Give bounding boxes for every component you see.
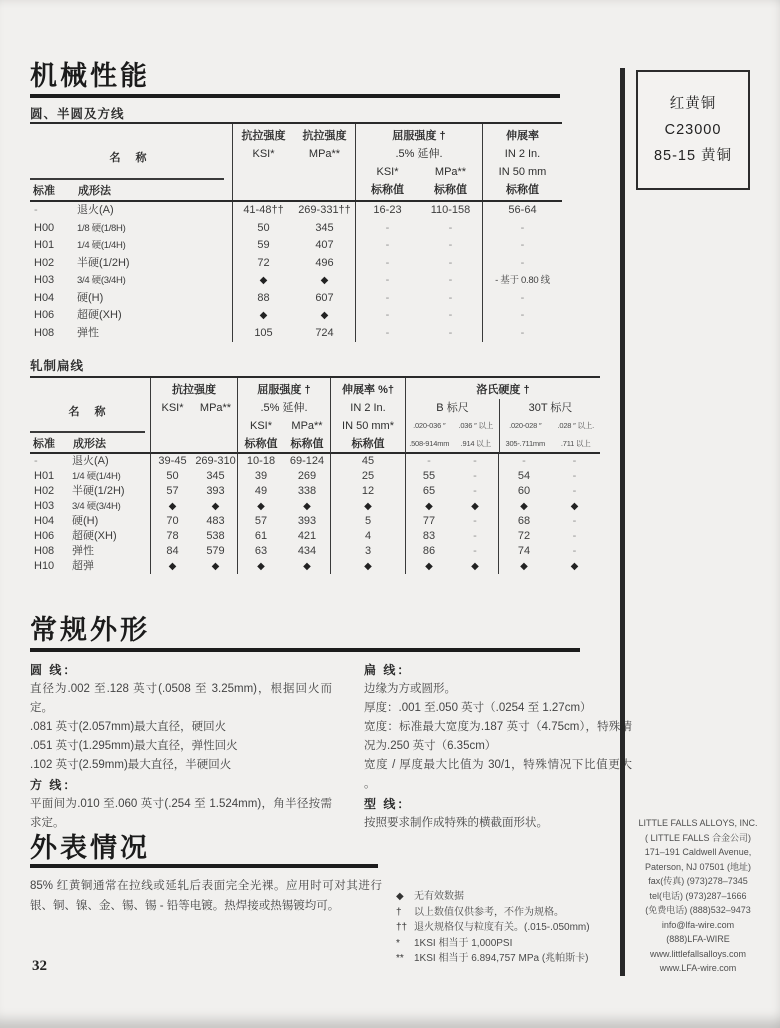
- t30-scale-range-mm: 305-.711mm: [500, 435, 551, 453]
- table-header: 名 称 标准 成形法 抗拉强度 KSI* MPa** 屈服强度 †: [30, 378, 600, 452]
- table-row: H06超硬(XH)7853861421483-72-: [30, 529, 600, 544]
- table-cell: 超硬(XH): [75, 307, 232, 325]
- table-cell: H06: [30, 529, 70, 544]
- table-cell: 12: [330, 484, 405, 499]
- tensile-header: 抗拉强度 KSI* MPa**: [150, 378, 237, 453]
- col-name-label: 名 称: [30, 381, 150, 419]
- table-cell: -: [419, 237, 482, 255]
- table-cell: ◆: [452, 559, 498, 574]
- table-cell: 269-310: [194, 454, 237, 469]
- table-cell: 55: [405, 469, 452, 484]
- table-cell: 弹性: [75, 325, 232, 343]
- table-cell: 421: [284, 529, 330, 544]
- text-line: 红黄铜: [670, 91, 717, 117]
- nominal-label: 标称值: [419, 181, 482, 199]
- table-cell: ◆: [237, 559, 284, 574]
- table-cell: 269: [284, 469, 330, 484]
- yield-label: 屈服强度 †: [238, 381, 330, 399]
- table-cell: -: [355, 237, 419, 255]
- table-cell: -: [419, 307, 482, 325]
- paragraph: 宽度：标准最大宽度为.187 英寸（4.75cm），特殊情况为.250 英寸（6…: [364, 718, 632, 756]
- table-cell: -: [549, 514, 600, 529]
- table-cell: 70: [150, 514, 194, 529]
- text-line: info@lfa-wire.com: [622, 918, 774, 933]
- table-cell: 50: [232, 220, 294, 238]
- table-cell: -: [355, 325, 419, 343]
- mpa-label: MPa**: [419, 163, 482, 181]
- rockwell-b-scale-header: B 标尺 .020-036 ″ .036 ″ 以上 .508-914mm .91…: [406, 399, 499, 453]
- table-cell: -: [452, 544, 498, 559]
- footnote-symbol: **: [396, 951, 414, 967]
- table-cell: -: [355, 272, 419, 290]
- table-cell: 77: [405, 514, 452, 529]
- table-cell: 45: [330, 454, 405, 469]
- footnote-text: 以上数值仅供参考，不作为规格。: [414, 905, 564, 921]
- table-cell: -: [419, 255, 482, 273]
- table-cell: H00: [30, 220, 75, 238]
- ksi-label: KSI*: [356, 163, 419, 181]
- table-cell: 538: [194, 529, 237, 544]
- table-cell: ◆: [549, 559, 600, 574]
- table-cell: -: [355, 307, 419, 325]
- text-line: ( LITTLE FALLS 合金公司): [622, 831, 774, 846]
- footnotes: ◆无有效数据†以上数值仅供参考，不作为规格。††退火规格仅与粒度有关。(.015…: [396, 889, 631, 967]
- elongation-label: 伸展率 %†: [331, 381, 405, 399]
- table-row: H04硬(H)7048357393577-68-: [30, 514, 600, 529]
- tensile-label: 抗拉强度: [151, 381, 237, 399]
- footnote-text: 无有效数据: [414, 889, 464, 905]
- name-column-header: 名 称 标准 成形法: [30, 124, 232, 200]
- table-cell: -: [452, 454, 498, 469]
- table-cell: ◆: [194, 559, 237, 574]
- footnote-text: 1KSI 相当于 6.894,757 MPa (兆帕斯卡): [414, 951, 589, 967]
- tensile-label: 抗拉强度: [294, 127, 355, 145]
- paragraph: .081 英寸(2.057mm)最大直径，硬回火: [30, 718, 332, 737]
- table-cell: 84: [150, 544, 194, 559]
- table-cell: -: [30, 202, 75, 220]
- col-name-label: 名 称: [30, 127, 232, 165]
- ksi-label: KSI*: [151, 399, 194, 417]
- table-cell: 724: [294, 325, 355, 343]
- table-row: -退火(A)41-48††269-331††16-23110-15856-64: [30, 202, 562, 220]
- table-cell: 74: [498, 544, 549, 559]
- paragraph-heading: 方 线：: [30, 775, 332, 795]
- ksi-label: KSI*: [238, 417, 284, 435]
- t30-scale-over-mm: .711 以上: [551, 435, 602, 453]
- table-cell: ◆: [150, 559, 194, 574]
- table-cell: 61: [237, 529, 284, 544]
- footnote-symbol: ◆: [396, 889, 414, 905]
- table-cell: -: [482, 325, 562, 343]
- title-rule: [30, 94, 560, 98]
- table-cell: -: [482, 237, 562, 255]
- footnote-symbol: *: [396, 936, 414, 952]
- footnote: ††退火规格仅与粒度有关。(.015-.050mm): [396, 920, 631, 936]
- table-cell: 72: [232, 255, 294, 273]
- surface-condition-body: 85% 红黄铜通常在拉线或延轧后表面完全光裸。应用时可对其进行银、铜、镍、金、锡…: [30, 876, 382, 916]
- rockwell-30t-scale-header: 30T 标尺 .020-028 ″ .028 ″ 以上. 305-.711mm …: [499, 399, 601, 453]
- paragraph-heading: 圆 线：: [30, 660, 332, 680]
- table-cell: 579: [194, 544, 237, 559]
- table-cell: -: [452, 469, 498, 484]
- table-row: H02半硬(1/2H)72496---: [30, 255, 562, 273]
- paragraph: 直径为.002 至.128 英寸(.0508 至 3.25mm)，根据回火而定。: [30, 680, 332, 718]
- table-cell: 496: [294, 255, 355, 273]
- table-cell: 4: [330, 529, 405, 544]
- table-cell: -: [452, 484, 498, 499]
- section-title-surface-condition: 外表情况: [30, 826, 150, 865]
- mpa-label: MPa**: [284, 417, 330, 435]
- table-cell: 3: [330, 544, 405, 559]
- table-cell: 25: [330, 469, 405, 484]
- name-underline: [30, 178, 224, 180]
- name-column-header: 名 称 标准 成形法: [30, 378, 150, 453]
- elongation-in50mm-label: IN 50 mm*: [331, 417, 405, 435]
- table-cell: -: [355, 290, 419, 308]
- table-row: H02半硬(1/2H)57393493381265-60-: [30, 484, 600, 499]
- nominal-label: 标称值: [238, 435, 284, 453]
- table-cell: 269-331††: [294, 202, 355, 220]
- table-cell: ◆: [232, 307, 294, 325]
- yield-strength-header: 屈服强度 † .5% 延伸. KSI* MPa** 标称值 标称值: [355, 124, 482, 200]
- table-cell: 65: [405, 484, 452, 499]
- table-cell: 半硬(1/2H): [75, 255, 232, 273]
- table-cell: 56-64: [482, 202, 562, 220]
- text-line: www.littlefallsalloys.com: [622, 947, 774, 962]
- table-row: H10超弹◆◆◆◆◆◆◆◆◆: [30, 559, 600, 574]
- table-cell: - 基于 0.80 线: [482, 272, 562, 290]
- col-forming-label: 成形法: [75, 182, 232, 198]
- table-cell: 50: [150, 469, 194, 484]
- text-line: 85-15 黄铜: [654, 143, 732, 169]
- table-cell: -: [482, 290, 562, 308]
- paragraph: 宽度 / 厚度最大比值为 30/1，特殊情况下比值更大 。: [364, 756, 632, 794]
- company-info-block: LITTLE FALLS ALLOYS, INC.( LITTLE FALLS …: [622, 816, 774, 976]
- t30-scale-over-inch: .028 ″ 以上.: [551, 417, 602, 435]
- paragraph: 边缘为方或圆形。: [364, 680, 632, 699]
- table-cell: ◆: [405, 499, 452, 514]
- table-cell: ◆: [232, 272, 294, 290]
- table-cell: H01: [30, 237, 75, 255]
- paragraph-heading: 型 线：: [364, 794, 632, 814]
- table-cell: -: [452, 514, 498, 529]
- table-cell: H03: [30, 499, 70, 514]
- table-cell: 78: [150, 529, 194, 544]
- nominal-label: 标称值: [356, 181, 419, 199]
- table-cell: ◆: [194, 499, 237, 514]
- round-wire-table: 名 称 标准 成形法 抗拉强度 KSI* 抗拉强度 MPa** 屈服强度 †: [30, 122, 562, 342]
- tensile-label: 抗拉强度: [233, 127, 294, 145]
- table-cell: 88: [232, 290, 294, 308]
- table-cell: 68: [498, 514, 549, 529]
- table-cell: H06: [30, 307, 75, 325]
- table-cell: 86: [405, 544, 452, 559]
- table-cell: 49: [237, 484, 284, 499]
- mpa-label: MPa**: [194, 399, 237, 417]
- table-row: H08弹性8457963434386-74-: [30, 544, 600, 559]
- paragraph: .102 英寸(2.59mm)最大直径，半硬回火: [30, 756, 332, 775]
- t30-scale-range-inch: .020-028 ″: [500, 417, 551, 435]
- table-cell: 1/4 硬(1/4H): [75, 237, 232, 255]
- datasheet-page: 机械性能 圆、半圆及方线 名 称 标准 成形法 抗拉强度 KSI*: [0, 0, 780, 1028]
- footnote: **1KSI 相当于 6.894,757 MPa (兆帕斯卡): [396, 951, 631, 967]
- table-cell: 60: [498, 484, 549, 499]
- yield-extension-label: .5% 延伸.: [356, 145, 482, 163]
- table-cell: ◆: [452, 499, 498, 514]
- table-cell: -: [549, 454, 600, 469]
- shapes-columns: 圆 线：直径为.002 至.128 英寸(.0508 至 3.25mm)，根据回…: [30, 660, 632, 833]
- table-cell: -: [419, 220, 482, 238]
- table-row: H033/4 硬(3/4H)◆◆--- 基于 0.80 线: [30, 272, 562, 290]
- table-cell: -: [419, 290, 482, 308]
- tensile-mpa-header: 抗拉强度 MPa**: [294, 124, 355, 200]
- table-cell: -: [549, 529, 600, 544]
- section-title-standard-shapes: 常规外形: [30, 608, 150, 647]
- table-cell: -: [482, 307, 562, 325]
- title-rule: [30, 648, 580, 652]
- table-cell: H01: [30, 469, 70, 484]
- table-cell: -: [482, 255, 562, 273]
- yield-extension-label: .5% 延伸.: [238, 399, 330, 417]
- table-cell: 59: [232, 237, 294, 255]
- table-cell: ◆: [284, 499, 330, 514]
- subtitle-round-wire: 圆、半圆及方线: [30, 104, 125, 122]
- table-cell: ◆: [549, 499, 600, 514]
- table-cell: ◆: [150, 499, 194, 514]
- text-line: (888)LFA-WIRE: [622, 932, 774, 947]
- table-cell: -: [30, 454, 70, 469]
- mpa-label: MPa**: [294, 145, 355, 163]
- table-cell: 345: [294, 220, 355, 238]
- paragraph: 按照要求制作成特殊的横截面形状。: [364, 814, 632, 833]
- table-cell: 57: [150, 484, 194, 499]
- table-row: H011/4 硬(1/4H)59407---: [30, 237, 562, 255]
- table-cell: 退火(A): [75, 202, 232, 220]
- paragraph: 厚度：.001 至.050 英寸（.0254 至 1.27cm）: [364, 699, 632, 718]
- table-cell: 338: [284, 484, 330, 499]
- flat-wire-table: 名 称 标准 成形法 抗拉强度 KSI* MPa** 屈服强度 †: [30, 376, 600, 574]
- table-cell: -: [419, 325, 482, 343]
- table-cell: -: [405, 454, 452, 469]
- table-cell: H08: [30, 544, 70, 559]
- footnote-symbol: ††: [396, 920, 414, 936]
- footnote: *1KSI 相当于 1,000PSI: [396, 936, 631, 952]
- text-line: tel(电话) (973)287–1666: [622, 889, 774, 904]
- text-line: LITTLE FALLS ALLOYS, INC.: [622, 816, 774, 831]
- table-cell: -: [549, 469, 600, 484]
- table-cell: H02: [30, 484, 70, 499]
- table-cell: -: [452, 529, 498, 544]
- table-cell: 弹性: [70, 544, 150, 559]
- section-title-mechanical-properties: 机械性能: [30, 54, 150, 93]
- col-standard-label: 标准: [30, 435, 70, 451]
- table-cell: 39: [237, 469, 284, 484]
- elongation-label: 伸展率: [483, 127, 562, 145]
- footnote-text: 1KSI 相当于 1,000PSI: [414, 936, 512, 952]
- table-body: -退火(A)39-45269-31010-1869-12445----H011/…: [30, 454, 600, 574]
- footnote-text: 退火规格仅与粒度有关。(.015-.050mm): [414, 920, 590, 936]
- table-cell: 半硬(1/2H): [70, 484, 150, 499]
- name-underline: [30, 431, 145, 433]
- elongation-in2in-label: IN 2 In.: [483, 145, 562, 163]
- b-scale-label: B 标尺: [406, 399, 499, 417]
- table-cell: 退火(A): [70, 454, 150, 469]
- table-cell: ◆: [294, 272, 355, 290]
- elongation-in2in-label: IN 2 In.: [331, 399, 405, 417]
- table-cell: ◆: [330, 499, 405, 514]
- table-cell: ◆: [498, 559, 549, 574]
- paragraph-heading: 扁 线：: [364, 660, 632, 680]
- table-body: -退火(A)41-48††269-331††16-23110-15856-64H…: [30, 202, 562, 342]
- table-cell: ◆: [405, 559, 452, 574]
- table-cell: -: [549, 484, 600, 499]
- table-cell: ◆: [237, 499, 284, 514]
- paragraph: .051 英寸(1.295mm)最大直径，弹性回火: [30, 737, 332, 756]
- subtitle-rolled-flat-wire: 轧制扁线: [30, 356, 84, 374]
- table-cell: 393: [284, 514, 330, 529]
- rockwell-label: 洛氏硬度 †: [406, 381, 600, 399]
- table-cell: 345: [194, 469, 237, 484]
- table-row: H04硬(H)88607---: [30, 290, 562, 308]
- table-cell: 63: [237, 544, 284, 559]
- table-row: H08弹性105724---: [30, 325, 562, 343]
- table-cell: ◆: [284, 559, 330, 574]
- text-line: Paterson, NJ 07501 (地址): [622, 860, 774, 875]
- tensile-ksi-header: 抗拉强度 KSI*: [232, 124, 294, 200]
- table-row: H001/8 硬(1/8H)50345---: [30, 220, 562, 238]
- table-cell: 83: [405, 529, 452, 544]
- table-cell: -: [355, 220, 419, 238]
- nominal-label: 标称值: [331, 435, 405, 453]
- rockwell-hardness-header: 洛氏硬度 † B 标尺 .020-036 ″ .036 ″ 以上 .508-91…: [405, 378, 600, 453]
- table-cell: 57: [237, 514, 284, 529]
- table-cell: -: [549, 544, 600, 559]
- yield-label: 屈服强度 †: [356, 127, 482, 145]
- table-cell: 434: [284, 544, 330, 559]
- col-forming-label: 成形法: [70, 435, 150, 451]
- table-cell: H08: [30, 325, 75, 343]
- table-cell: 16-23: [355, 202, 419, 220]
- table-cell: -: [482, 220, 562, 238]
- table-cell: 110-158: [419, 202, 482, 220]
- table-cell: -: [355, 255, 419, 273]
- table-cell: 1/8 硬(1/8H): [75, 220, 232, 238]
- nominal-label: 标称值: [483, 181, 562, 199]
- table-row: H011/4 硬(1/4H)50345392692555-54-: [30, 469, 600, 484]
- shapes-right-column: 扁 线：边缘为方或圆形。厚度：.001 至.050 英寸（.0254 至 1.2…: [364, 660, 632, 833]
- elongation-in50mm-label: IN 50 mm: [483, 163, 562, 181]
- table-cell: 5: [330, 514, 405, 529]
- table-cell: H04: [30, 290, 75, 308]
- table-cell: 超弹: [70, 559, 150, 574]
- table-cell: H03: [30, 272, 75, 290]
- table-cell: 39-45: [150, 454, 194, 469]
- table-cell: 硬(H): [75, 290, 232, 308]
- b-scale-over-mm: .914 以上: [453, 435, 500, 453]
- b-scale-range-mm: .508-914mm: [406, 435, 453, 453]
- nominal-label: 标称值: [284, 435, 330, 453]
- table-cell: -: [419, 272, 482, 290]
- table-cell: 41-48††: [232, 202, 294, 220]
- table-cell: 105: [232, 325, 294, 343]
- table-cell: ◆: [330, 559, 405, 574]
- table-cell: 393: [194, 484, 237, 499]
- table-cell: 54: [498, 469, 549, 484]
- text-line: 171–191 Caldwell Avenue,: [622, 845, 774, 860]
- table-cell: 407: [294, 237, 355, 255]
- table-cell: 483: [194, 514, 237, 529]
- footnote: ◆无有效数据: [396, 889, 631, 905]
- b-scale-over-inch: .036 ″ 以上: [453, 417, 500, 435]
- text-line: C23000: [665, 117, 722, 143]
- table-cell: -: [498, 454, 549, 469]
- footnote: †以上数值仅供参考，不作为规格。: [396, 905, 631, 921]
- table-cell: 607: [294, 290, 355, 308]
- table-cell: 10-18: [237, 454, 284, 469]
- text-line: www.LFA-wire.com: [622, 961, 774, 976]
- title-rule: [30, 864, 378, 868]
- table-row: -退火(A)39-45269-31010-1869-12445----: [30, 454, 600, 469]
- col-standard-label: 标准: [30, 182, 75, 198]
- table-cell: ◆: [294, 307, 355, 325]
- t30-scale-label: 30T 标尺: [500, 399, 601, 417]
- text-line: (免费电话) (888)532–9473: [622, 903, 774, 918]
- table-cell: H04: [30, 514, 70, 529]
- table-cell: ◆: [498, 499, 549, 514]
- table-cell: 3/4 硬(3/4H): [70, 499, 150, 514]
- shapes-left-column: 圆 线：直径为.002 至.128 英寸(.0508 至 3.25mm)，根据回…: [30, 660, 332, 833]
- table-cell: 超硬(XH): [70, 529, 150, 544]
- b-scale-range-inch: .020-036 ″: [406, 417, 453, 435]
- table-cell: H10: [30, 559, 70, 574]
- table-cell: 69-124: [284, 454, 330, 469]
- table-cell: 硬(H): [70, 514, 150, 529]
- yield-strength-header: 屈服强度 † .5% 延伸. KSI* MPa** 标称值 标称值: [237, 378, 330, 453]
- table-row: H06超硬(XH)◆◆---: [30, 307, 562, 325]
- elongation-header: 伸展率 IN 2 In. IN 50 mm 标称值: [482, 124, 562, 200]
- table-row: H033/4 硬(3/4H)◆◆◆◆◆◆◆◆◆: [30, 499, 600, 514]
- alloy-label-box: 红黄铜C2300085-15 黄铜: [636, 70, 750, 190]
- elongation-header: 伸展率 %† IN 2 In. IN 50 mm* 标称值: [330, 378, 405, 453]
- table-cell: H02: [30, 255, 75, 273]
- footnote-symbol: †: [396, 905, 414, 921]
- table-header: 名 称 标准 成形法 抗拉强度 KSI* 抗拉强度 MPa** 屈服强度 †: [30, 124, 562, 200]
- table-cell: 3/4 硬(3/4H): [75, 272, 232, 290]
- page-number: 32: [32, 958, 47, 975]
- table-cell: 72: [498, 529, 549, 544]
- ksi-label: KSI*: [233, 145, 294, 163]
- table-cell: 1/4 硬(1/4H): [70, 469, 150, 484]
- text-line: fax(传真) (973)278–7345: [622, 874, 774, 889]
